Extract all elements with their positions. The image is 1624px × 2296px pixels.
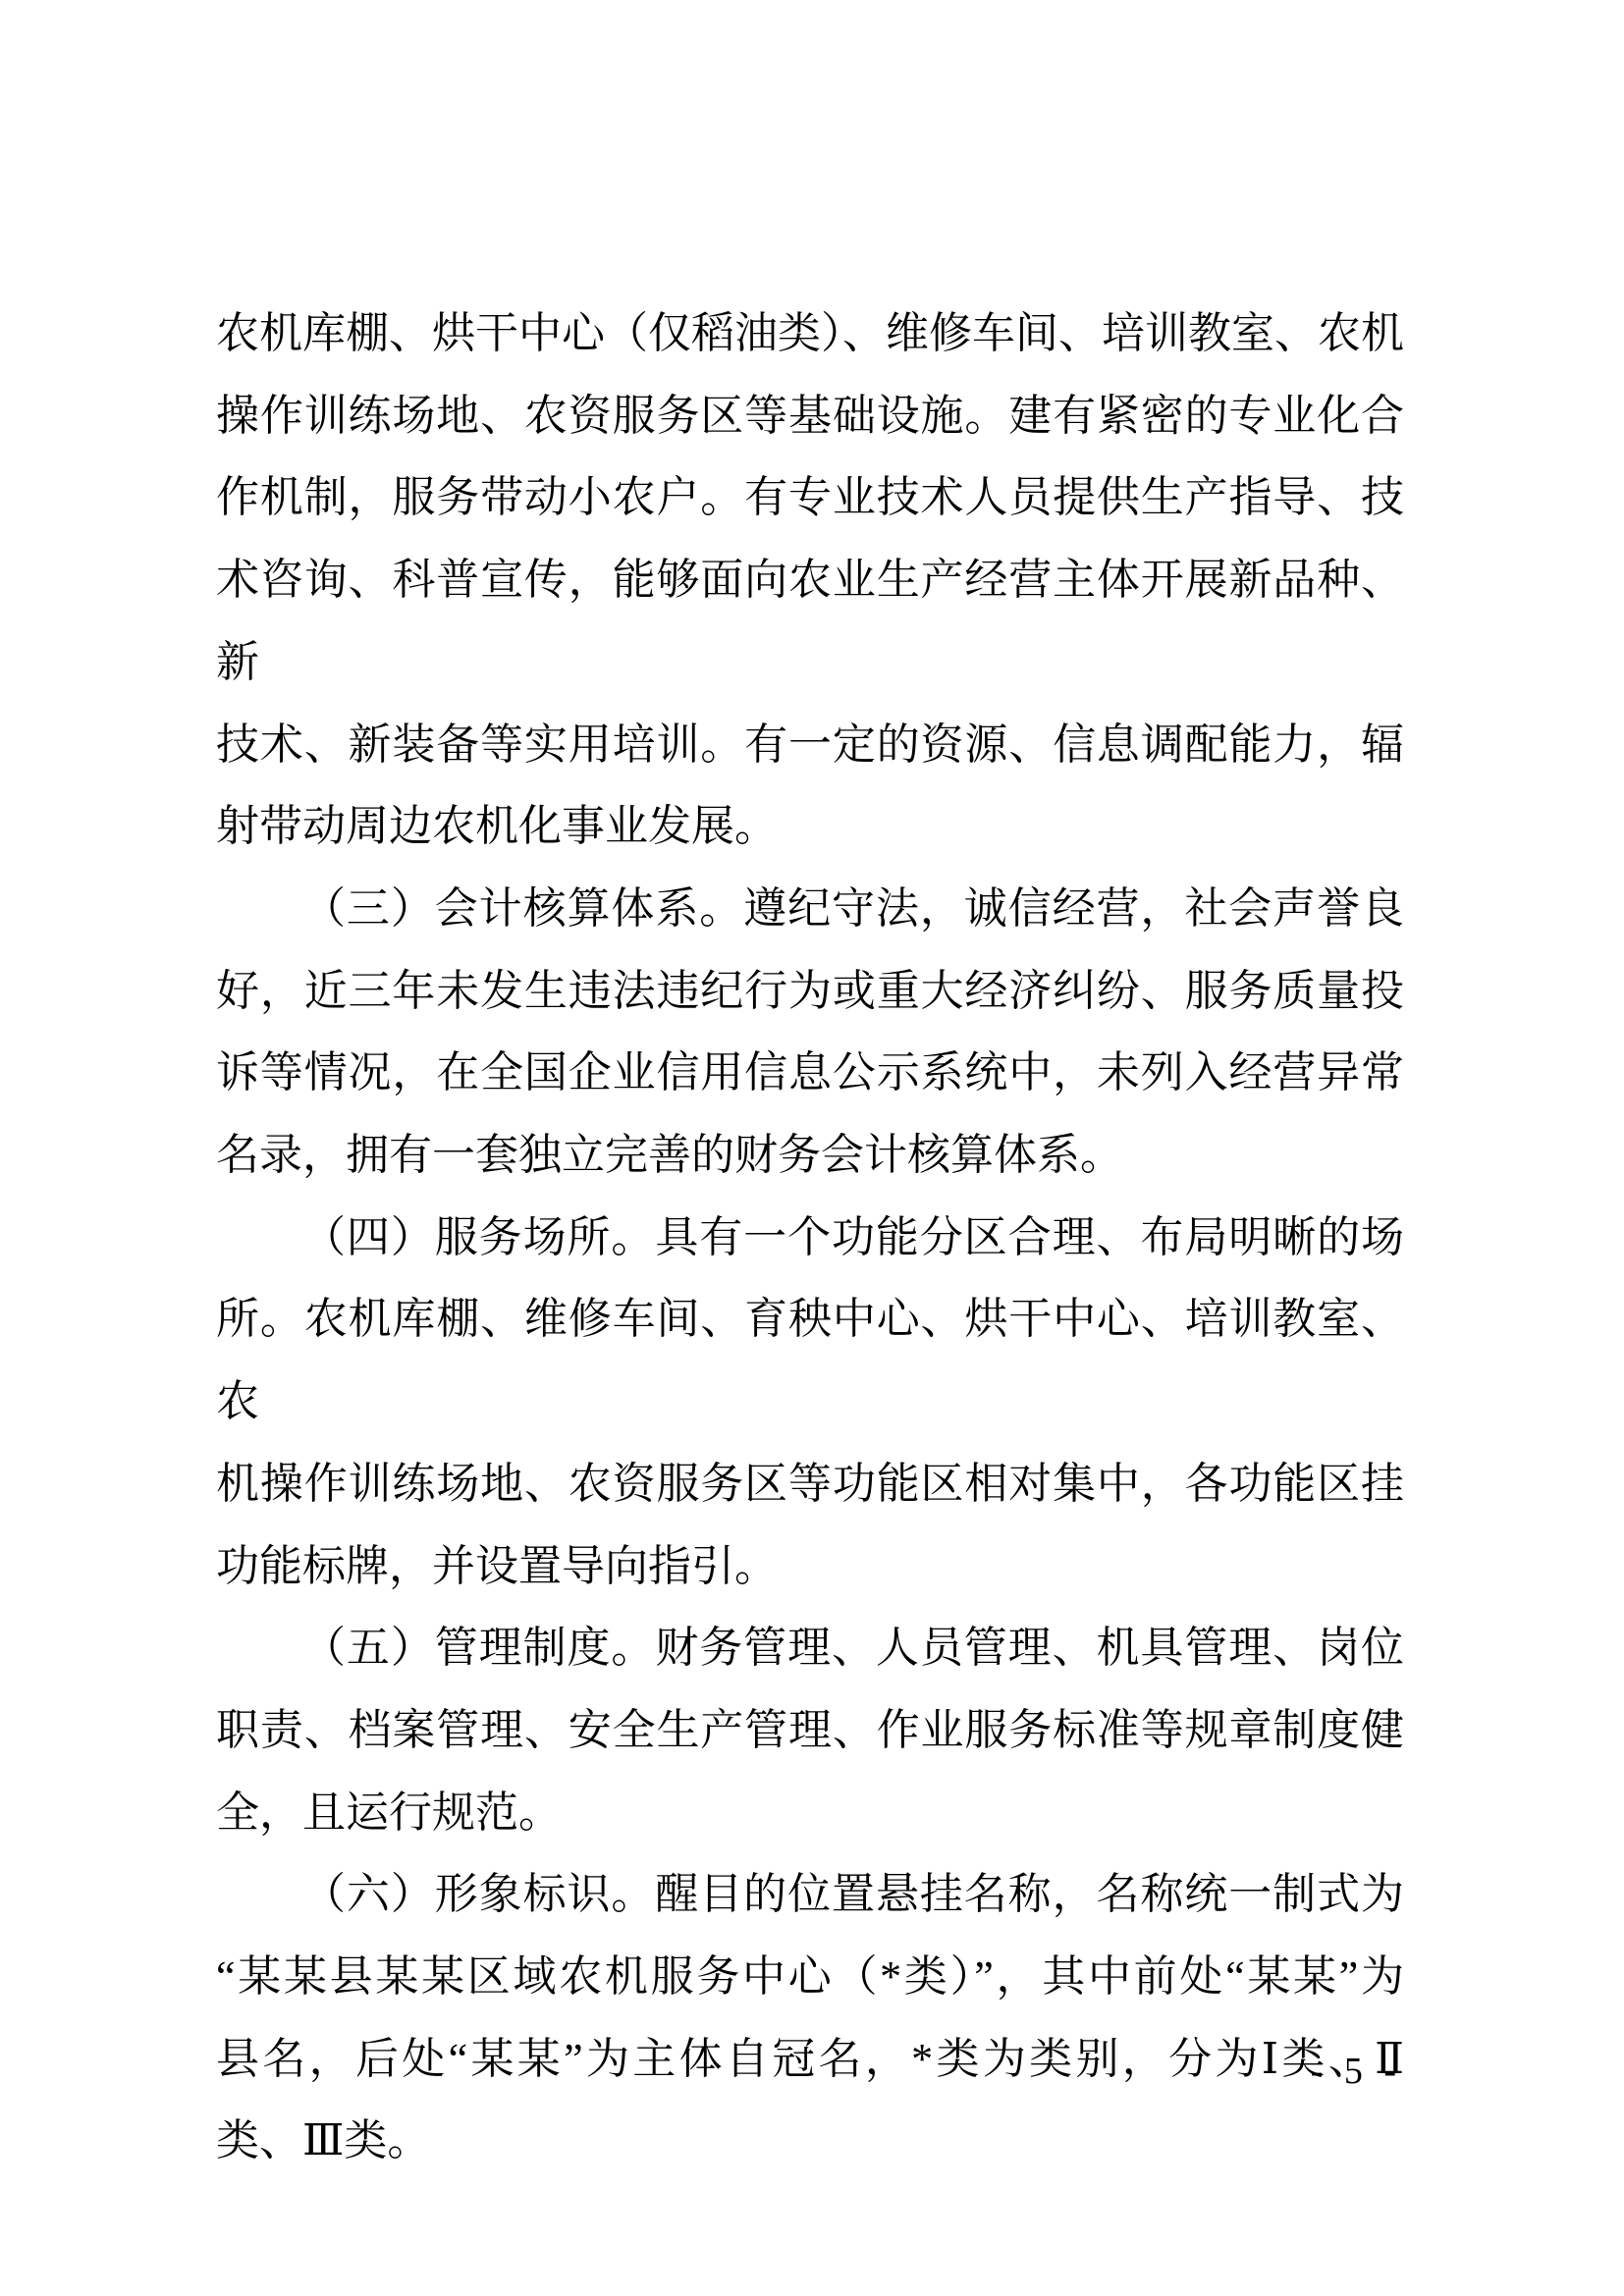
text-line: 技术、新装备等实用培训。有一定的资源、信息调配能力，辐 <box>216 704 1404 786</box>
text-line: 所。农机库棚、维修车间、育秧中心、烘干中心、培训教室、农 <box>216 1278 1404 1442</box>
text-line: 机操作训练场地、农资服务区等功能区相对集中，各功能区挂 <box>216 1443 1404 1525</box>
text-line: （六）形象标识。醒目的位置悬挂名称，名称统一制式为 <box>216 1853 1404 1936</box>
text-line: 术咨询、科普宣传，能够面向农业生产经营主体开展新品种、新 <box>216 539 1404 703</box>
text-line: （三）会计核算体系。遵纪守法，诚信经营，社会声誉良 <box>216 868 1404 950</box>
document-page: 农机库棚、烘干中心（仅稻油类）、维修车间、培训教室、农机 操作训练场地、农资服务… <box>0 0 1624 2296</box>
text-line: “某某县某某区域农机服务中心（*类）”，其中前处“某某”为 <box>216 1936 1404 2018</box>
text-line: （四）服务场所。具有一个功能分区合理、布局明晰的场 <box>216 1197 1404 1279</box>
text-line: 射带动周边农机化事业发展。 <box>216 785 1404 868</box>
text-line: 诉等情况，在全国企业信用信息公示系统中，未列入经营异常 <box>216 1032 1404 1114</box>
text-line: 县名，后处“某某”为主体自冠名，*类为类别，分为Ⅰ类、Ⅱ <box>216 2018 1404 2101</box>
text-line: 职责、档案管理、安全生产管理、作业服务标准等规章制度健 <box>216 1689 1404 1772</box>
text-line: 名录，拥有一套独立完善的财务会计核算体系。 <box>216 1114 1404 1197</box>
text-line: 作机制，服务带动小农户。有专业技术人员提供生产指导、技 <box>216 456 1404 539</box>
text-line: 全，且运行规范。 <box>216 1772 1404 1854</box>
text-line: 操作训练场地、农资服务区等基础设施。建有紧密的专业化合 <box>216 375 1404 457</box>
text-line: 功能标牌，并设置导向指引。 <box>216 1525 1404 1608</box>
text-line: 类、Ⅲ类。 <box>216 2100 1404 2182</box>
text-line: （五）管理制度。财务管理、人员管理、机具管理、岗位 <box>216 1607 1404 1689</box>
page-number: - 5 - <box>1311 2050 1402 2093</box>
text-line: 农机库棚、烘干中心（仅稻油类）、维修车间、培训教室、农机 <box>216 293 1404 375</box>
text-line: 好，近三年未发生违法违纪行为或重大经济纠纷、服务质量投 <box>216 950 1404 1033</box>
document-body: 农机库棚、烘干中心（仅稻油类）、维修车间、培训教室、农机 操作训练场地、农资服务… <box>216 293 1404 2182</box>
